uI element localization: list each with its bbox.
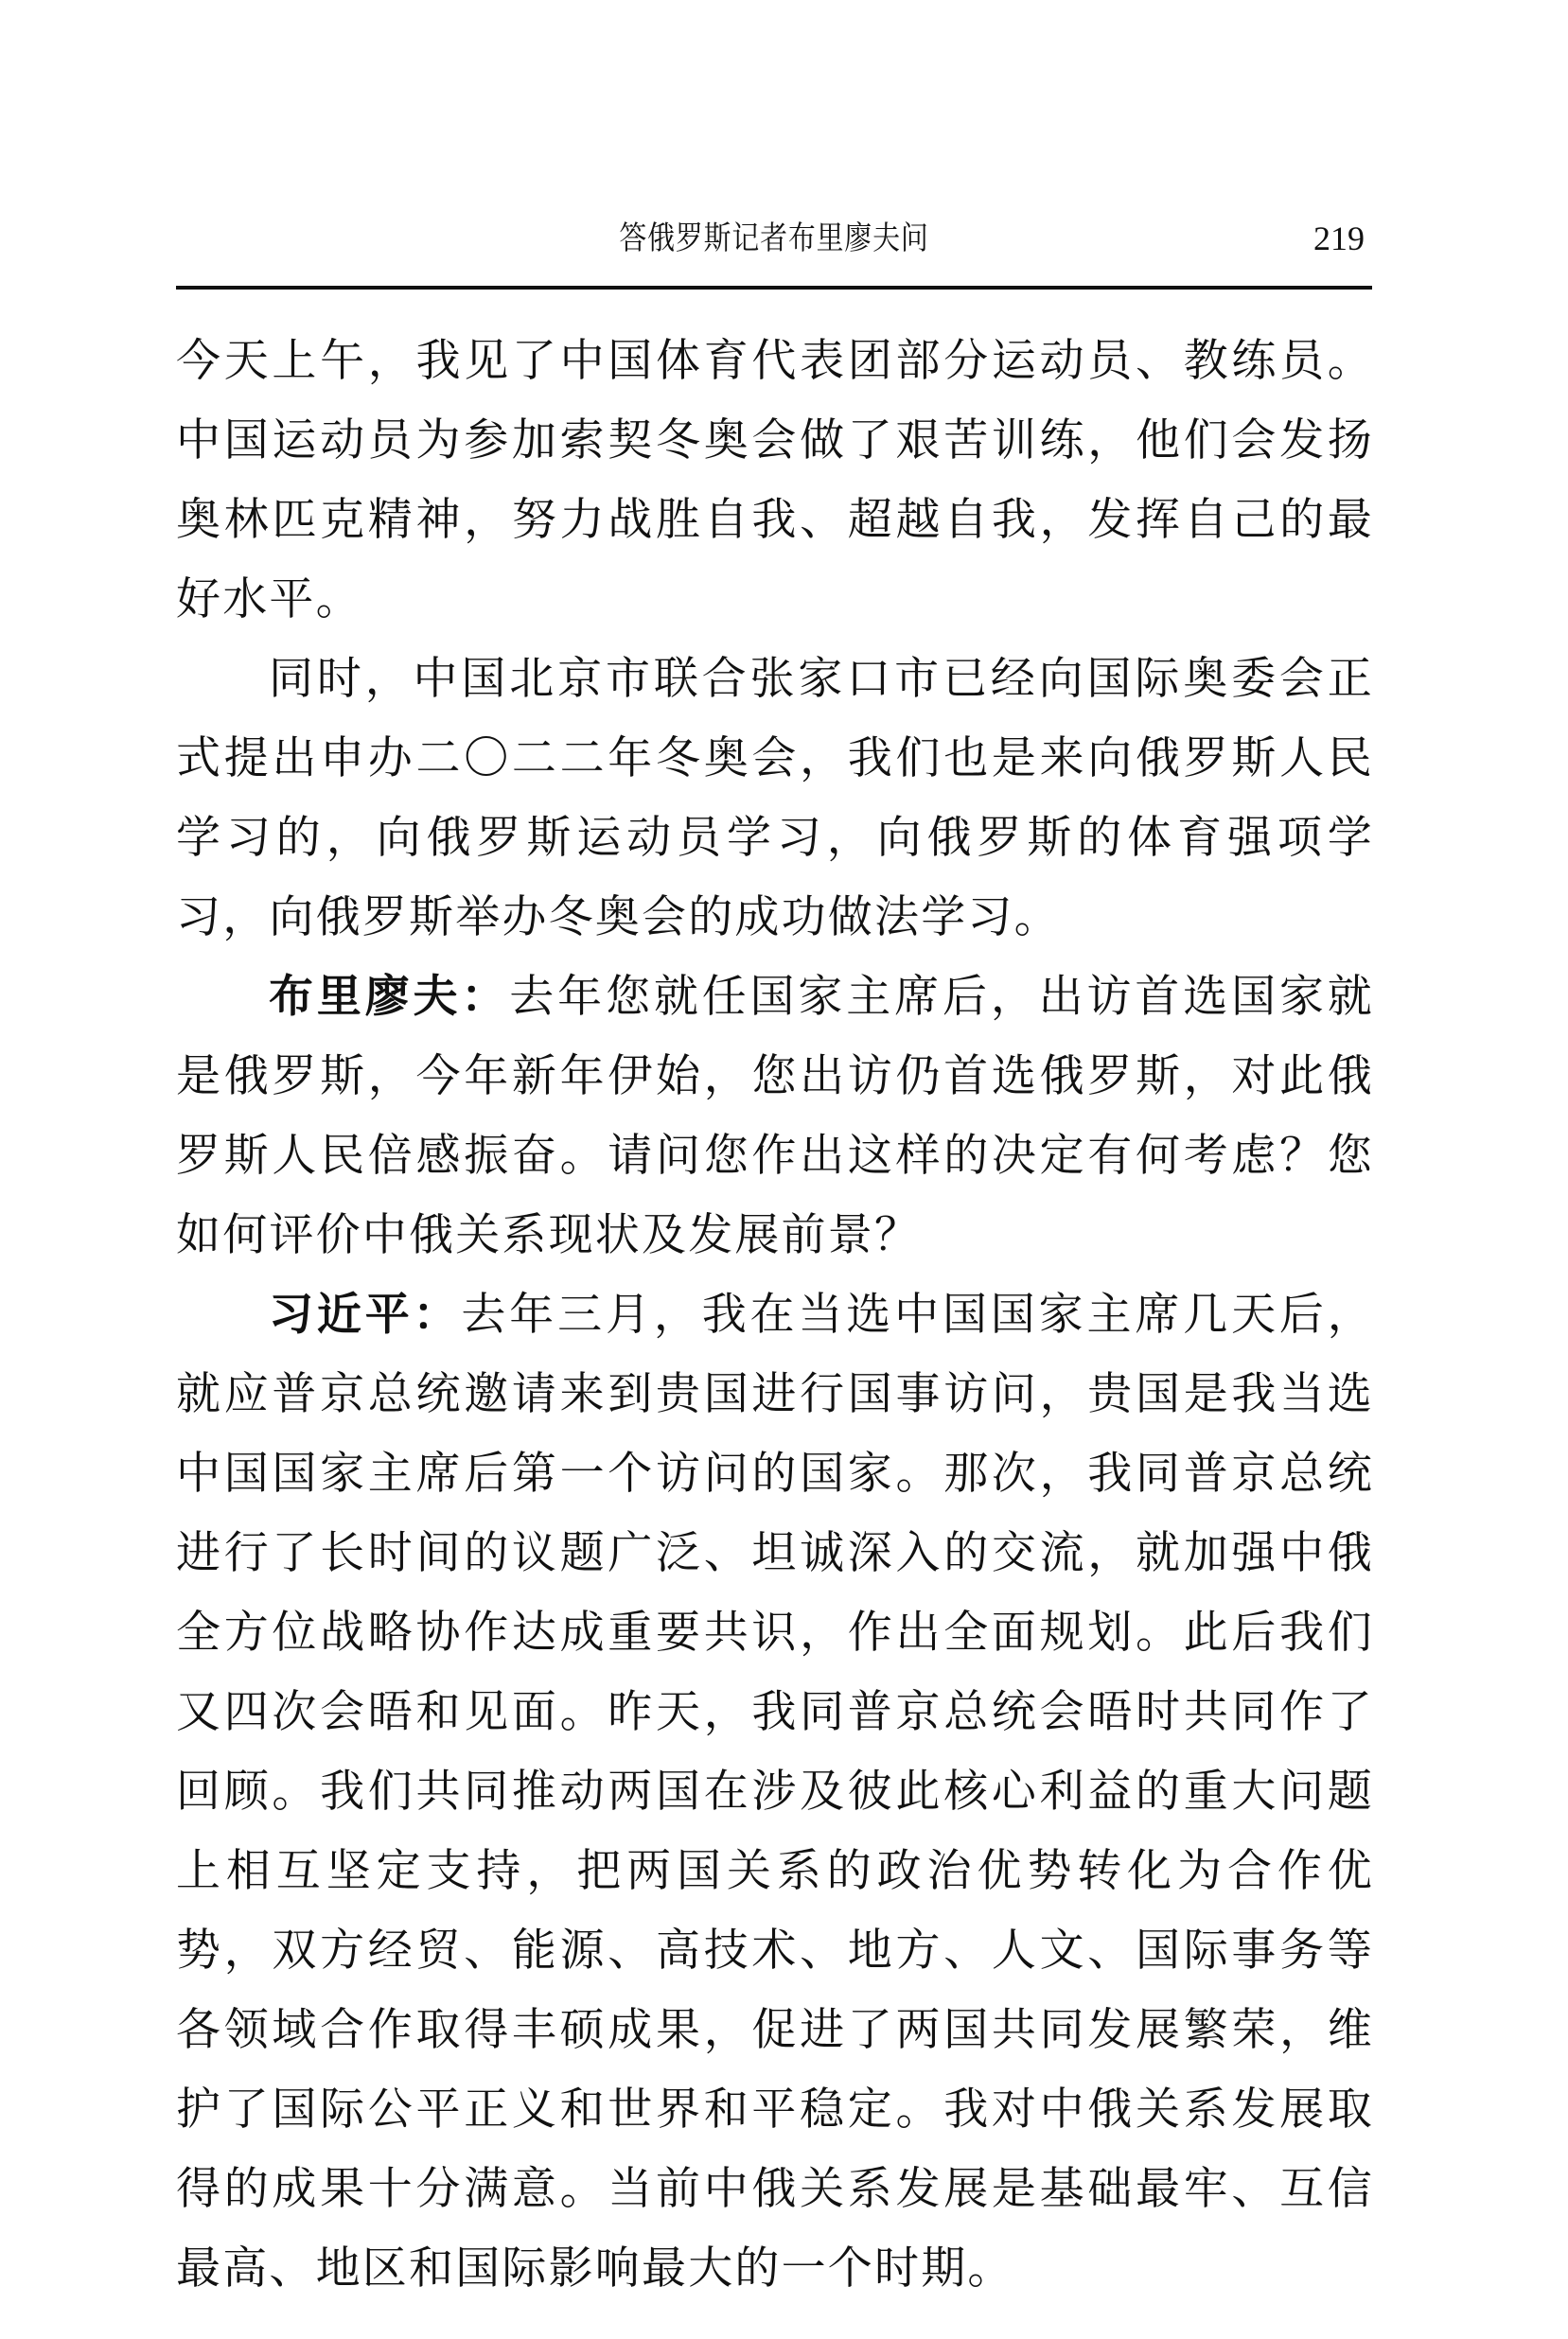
running-header: 答俄罗斯记者布里廖夫问 219	[176, 216, 1372, 273]
paragraph-text: 同时，中国北京市联合张家口市已经向国际奥委会正式提出申办二〇二二年冬奥会，我们也…	[176, 653, 1374, 943]
paragraph-1: 今天上午，我见了中国体育代表团部分运动员、教练员。中国运动员为参加索契冬奥会做了…	[176, 322, 1374, 640]
speaker-label: 习近平：	[269, 1289, 461, 1341]
paragraph-text: 去年三月，我在当选中国国家主席几天后，就应普京总统邀请来到贵国进行国事访问，贵国…	[176, 1289, 1374, 2295]
page-number: 219	[1313, 218, 1365, 259]
paragraph-question: 布里廖夫：去年您就任国家主席后，出访首选国家就是俄罗斯，今年新年伊始，您出访仍首…	[176, 958, 1374, 1275]
header-divider	[176, 286, 1372, 290]
paragraph-2: 同时，中国北京市联合张家口市已经向国际奥委会正式提出申办二〇二二年冬奥会，我们也…	[176, 640, 1374, 958]
paragraph-text: 今天上午，我见了中国体育代表团部分运动员、教练员。中国运动员为参加索契冬奥会做了…	[176, 335, 1374, 625]
paragraph-answer: 习近平：去年三月，我在当选中国国家主席几天后，就应普京总统邀请来到贵国进行国事访…	[176, 1275, 1374, 2309]
body-text: 今天上午，我见了中国体育代表团部分运动员、教练员。中国运动员为参加索契冬奥会做了…	[176, 322, 1374, 2309]
speaker-label: 布里廖夫：	[269, 971, 509, 1023]
book-page: 答俄罗斯记者布里廖夫问 219 今天上午，我见了中国体育代表团部分运动员、教练员…	[0, 0, 1568, 2339]
chapter-title: 答俄罗斯记者布里廖夫问	[266, 218, 1282, 259]
